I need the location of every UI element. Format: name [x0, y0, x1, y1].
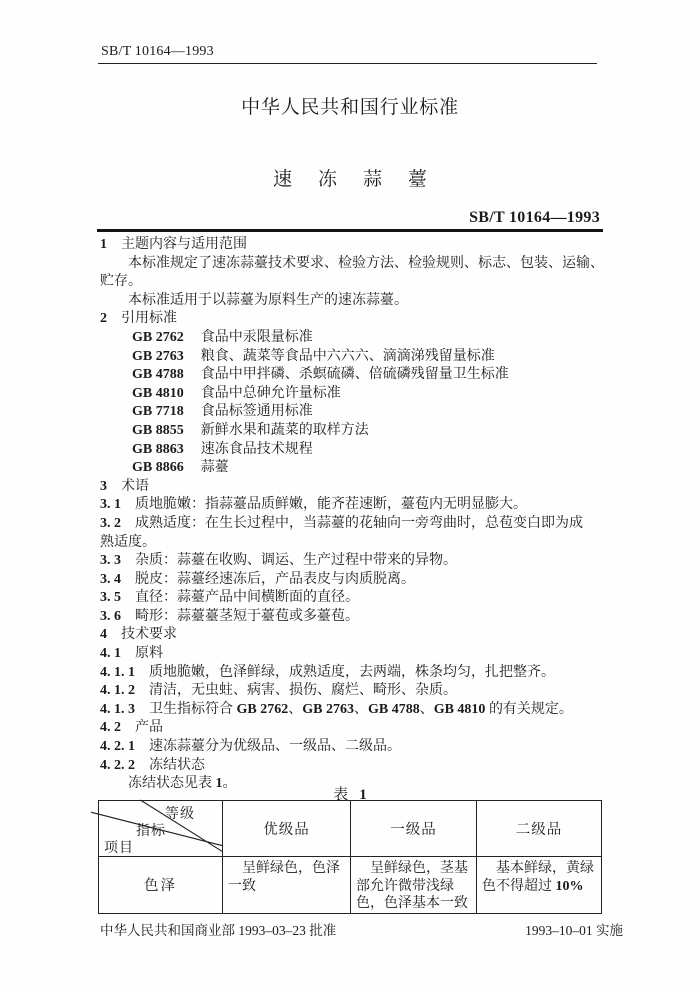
section-number: GB 8855 [132, 423, 184, 438]
section-number: GB 2762 [132, 330, 184, 345]
section-number: GB 2763 [132, 349, 184, 364]
cell-text: 呈鲜绿色，色泽一致 [228, 860, 345, 895]
body-line-gb: GB 4788食品中甲拌磷、杀螟硫磷、倍硫磷残留量卫生标准 [100, 366, 606, 385]
body-line-item: 3. 4脱皮：蒜薹经速冻后，产品表皮与肉质脱离。 [100, 571, 606, 590]
section-number: 4. 2 [100, 720, 121, 735]
diagonal-label-index: 指标 [136, 820, 166, 840]
col-header-first-grade: 一级品 [351, 801, 477, 857]
body-line-item: 3. 3杂质：蒜薹在收购、调运、生产过程中带来的异物。 [100, 552, 606, 571]
section-number: 2 [100, 311, 107, 326]
body-line-heading: 1主题内容与适用范围 [100, 236, 606, 255]
document-body: 1主题内容与适用范围本标准规定了速冻蒜薹技术要求、检验方法、检验规则、标志、包装… [100, 236, 606, 794]
row-label-color: 色泽 [99, 857, 223, 914]
section-number: 4. 2. 2 [100, 758, 135, 773]
section-number: 4. 1. 2 [100, 683, 135, 698]
body-line-gb: GB 2762食品中汞限量标准 [100, 329, 606, 348]
body-line-heading: 3术语 [100, 478, 606, 497]
section-number: 4 [100, 627, 107, 642]
section-number: 3 [100, 479, 107, 494]
cell-premium-color: 呈鲜绿色，色泽一致 [223, 857, 351, 914]
body-line-gb: GB 4810食品中总砷允许量标准 [100, 385, 606, 404]
body-line-heading: 4技术要求 [100, 626, 606, 645]
body-line-item: 3. 6畸形：蒜薹薹茎短于薹苞或多薹苞。 [100, 608, 606, 627]
body-line-item: 4. 1. 1质地脆嫩，色泽鲜绿，成熟适度，去两端，株条均匀，扎把整齐。 [100, 664, 606, 683]
header-standard-code: SB/T 10164—1993 [101, 44, 214, 60]
body-line-item: 4. 1. 2清洁，无虫蛀、病害、损伤、腐烂、畸形、杂质。 [100, 682, 606, 701]
approval-note: 中华人民共和国商业部 1993–03–23 批准 [100, 919, 336, 939]
title-rule [97, 229, 603, 232]
spec-table: 等级 指标 项目 优级品 一级品 二级品 色泽 呈鲜绿色，色泽一致 呈鲜绿色，茎… [98, 800, 602, 914]
section-number: GB 4810 [132, 386, 184, 401]
section-number: 4. 1 [100, 646, 121, 661]
body-line-item: 4. 2. 2冻结状态 [100, 757, 606, 776]
body-line-para: 本标准规定了速冻蒜薹技术要求、检验方法、检验规则、标志、包装、运输、 [100, 255, 606, 274]
org-title: 中华人民共和国行业标准 [0, 92, 700, 119]
section-number: 3. 2 [100, 516, 121, 531]
body-line-item: 4. 1原料 [100, 645, 606, 664]
diagonal-label-grade: 等级 [165, 803, 195, 823]
body-line-item: 4. 1. 3卫生指标符合 GB 2762、GB 2763、GB 4788、GB… [100, 701, 606, 720]
body-line-cont: 贮存。 [100, 273, 606, 292]
cell-first-grade-color: 呈鲜绿色，茎基部允许微带浅绿色，色泽基本一致 [351, 857, 477, 914]
cell-text: 基本鲜绿，黄绿色不得超过 10% [482, 860, 596, 895]
body-line-para: 本标准适用于以蒜薹为原料生产的速冻蒜薹。 [100, 292, 606, 311]
body-line-item: 4. 2. 1速冻蒜薹分为优级品、一级品、二级品。 [100, 738, 606, 757]
body-line-gb: GB 8866蒜薹 [100, 459, 606, 478]
col-header-second-grade: 二级品 [477, 801, 602, 857]
implementation-note: 1993–10–01 实施 [525, 919, 623, 939]
document-title: 速冻蒜薹 [0, 164, 700, 191]
section-number: 3. 5 [100, 590, 121, 605]
diagonal-label-item: 项目 [104, 837, 134, 857]
section-number: 1 [100, 237, 107, 252]
body-line-cont: 熟适度。 [100, 534, 606, 553]
cell-second-grade-color: 基本鲜绿，黄绿色不得超过 10% [477, 857, 602, 914]
section-number: GB 4788 [132, 367, 184, 382]
body-line-gb: GB 7718食品标签通用标准 [100, 403, 606, 422]
section-number: 3. 6 [100, 609, 121, 624]
header-rule [98, 63, 597, 64]
section-number: 3. 1 [100, 497, 121, 512]
standard-number: SB/T 10164—1993 [469, 209, 600, 227]
section-number: 4. 1. 1 [100, 665, 135, 680]
section-number: 4. 1. 3 [100, 702, 135, 717]
diagonal-header-cell: 等级 指标 项目 [99, 801, 223, 857]
col-header-premium-grade: 优级品 [223, 801, 351, 857]
cell-text: 呈鲜绿色，茎基部允许微带浅绿色，色泽基本一致 [356, 860, 471, 913]
body-line-gb: GB 2763粮食、蔬菜等食品中六六六、滴滴涕残留量标准 [100, 348, 606, 367]
section-number: 4. 2. 1 [100, 739, 135, 754]
section-number: 3. 4 [100, 572, 121, 587]
body-line-gb: GB 8855新鲜水果和蔬菜的取样方法 [100, 422, 606, 441]
body-line-item: 3. 2成熟适度：在生长过程中，当蒜薹的花轴向一旁弯曲时，总苞变白即为成 [100, 515, 606, 534]
body-line-item: 4. 2产品 [100, 719, 606, 738]
section-number: GB 8866 [132, 460, 184, 475]
section-number: GB 8863 [132, 442, 184, 457]
body-line-item: 3. 5直径：蒜薹产品中间横断面的直径。 [100, 589, 606, 608]
page-footer: 中华人民共和国商业部 1993–03–23 批准 1993–10–01 实施 [100, 919, 623, 939]
section-number: 3. 3 [100, 553, 121, 568]
body-line-heading: 2引用标准 [100, 310, 606, 329]
section-number: GB 7718 [132, 404, 184, 419]
body-line-item: 3. 1质地脆嫩：指蒜薹品质鲜嫩，能齐茬速断，薹苞内无明显膨大。 [100, 496, 606, 515]
document-page: SB/T 10164—1993 中华人民共和国行业标准 速冻蒜薹 SB/T 10… [0, 0, 700, 991]
body-line-gb: GB 8863速冻食品技术规程 [100, 441, 606, 460]
